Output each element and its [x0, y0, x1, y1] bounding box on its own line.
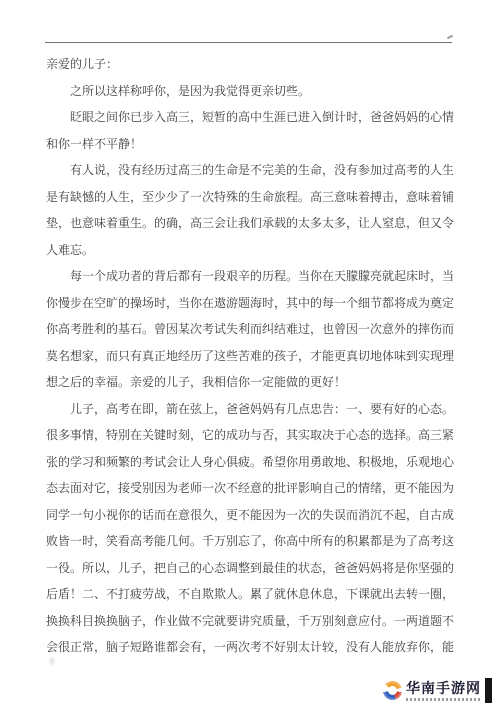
site-watermark: 华南手游网 [383, 676, 492, 704]
letter-salutation: 亲爱的儿子： [46, 51, 454, 78]
letter-paragraphs: 之所以这样称呼你，是因为我觉得更亲切些。眨眼之间你已步入高三，短暂的高中生涯已进… [46, 78, 454, 661]
logo-site-name: 华南手游网 [406, 680, 481, 696]
letter-paragraph: 有人说，没有经历过高三的生命是不完美的生命，没有参加过高考的人生是有缺憾的人生，… [46, 157, 454, 263]
logo-tagline-strip [406, 698, 481, 701]
letter-paragraph: 每一个成功者的背后都有一段艰辛的历程。当你在天朦朦亮就起床时，当你慢步在空旷的操… [46, 263, 454, 396]
letter-paragraph: 眨眼之间你已步入高三，短暂的高中生涯已进入倒计时，爸爸妈妈的心情和你一样不平静！ [46, 104, 454, 157]
logo-text-block: 华南手游网 [406, 680, 481, 701]
letter-paragraph: 之所以这样称呼你，是因为我觉得更亲切些。 [46, 78, 454, 105]
faint-smudge-artifact [48, 655, 56, 667]
swirl-logo-icon [383, 681, 402, 700]
letter-paragraph: 儿子，高考在即，箭在弦上，爸爸妈妈有几点忠告：一、要有好的心态。很多事情，特别在… [46, 396, 454, 661]
logo-black-bar [485, 678, 492, 703]
top-horizontal-rule [45, 42, 452, 43]
letter-body: 亲爱的儿子： 之所以这样称呼你，是因为我觉得更亲切些。眨眼之间你已步入高三，短暂… [46, 51, 454, 661]
letter-page: 亲爱的儿子： 之所以这样称呼你，是因为我觉得更亲切些。眨眼之间你已步入高三，短暂… [0, 0, 500, 708]
rule-end-tick-artifact [447, 35, 453, 40]
